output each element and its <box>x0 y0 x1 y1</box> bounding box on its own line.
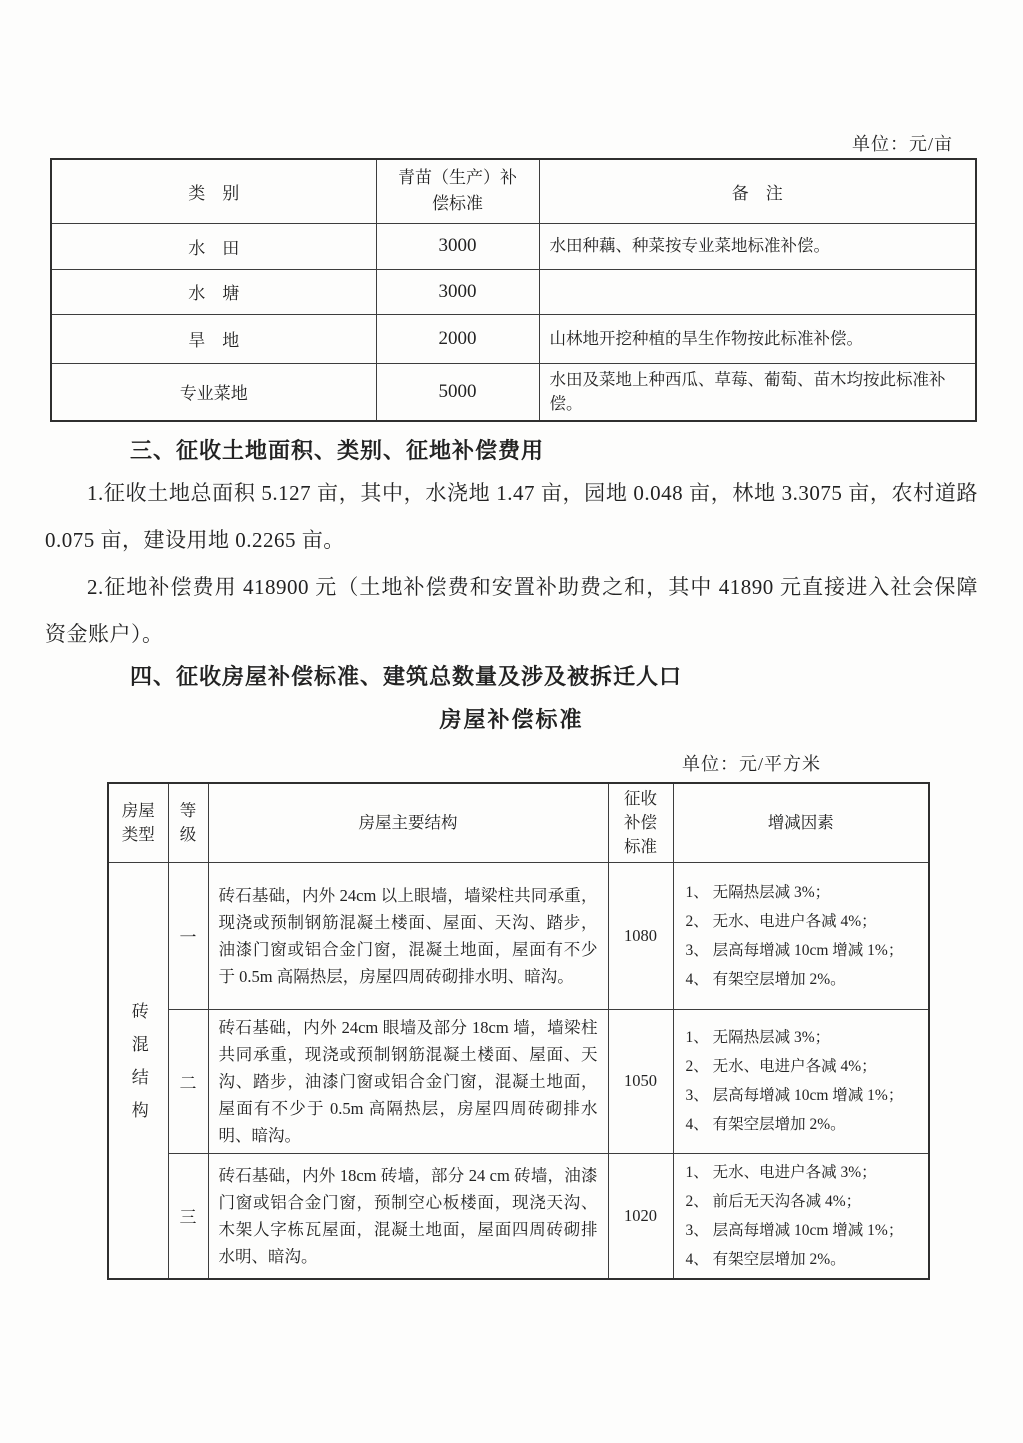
seedling-compensation-table: 类 别 青苗（生产）补偿标准 备 注 水 田 3000 水田种藕、种菜按专业菜地… <box>50 158 977 422</box>
grade-cell: 一 <box>168 862 208 1009</box>
structure-cell: 砖石基础，内外 18cm 砖墙，部分 24 cm 砖墙，油漆门窗或铝合金门窗，预… <box>208 1153 608 1279</box>
factor-line: 2、 无水、电进户各减 4%； <box>686 1052 925 1081</box>
structure-cell: 砖石基础，内外 24cm 眼墙及部分 18cm 墙，墙梁柱共同承重，现浇或预制钢… <box>208 1009 608 1153</box>
factors-cell: 1、 无隔热层减 3%； 2、 无水、电进户各减 4%； 3、 层高每增减 10… <box>673 862 929 1009</box>
factor-line: 2、 无水、电进户各减 4%； <box>686 907 925 936</box>
table2-header-structure: 房屋主要结构 <box>208 783 608 862</box>
house-type-cell: 砖混结构 <box>108 862 168 1279</box>
standard-cell: 1050 <box>608 1009 673 1153</box>
table2-header-type: 房屋类型 <box>108 783 168 862</box>
factor-line: 2、 前后无天沟各减 4%； <box>686 1187 925 1216</box>
document-page: 单位：元/亩 类 别 青苗（生产）补偿标准 备 注 水 田 3000 水田种藕、… <box>0 0 1023 1443</box>
standard-cell: 3000 <box>376 223 539 269</box>
table-header-row: 类 别 青苗（生产）补偿标准 备 注 <box>51 159 976 223</box>
table2-header-standard: 征收补偿标准 <box>608 783 673 862</box>
table-row: 专业菜地 5000 水田及菜地上种西瓜、草莓、葡萄、苗木均按此标准补偿。 <box>51 363 976 421</box>
grade-cell: 三 <box>168 1153 208 1279</box>
remark-cell: 水田及菜地上种西瓜、草莓、葡萄、苗木均按此标准补偿。 <box>539 363 976 421</box>
house-type-vertical-text: 砖混结构 <box>126 1002 151 1134</box>
table-row: 砖混结构 一 砖石基础，内外 24cm 以上眼墙，墙梁柱共同承重，现浇或预制钢筋… <box>108 862 929 1009</box>
standard-cell: 1080 <box>608 862 673 1009</box>
table-row: 旱 地 2000 山林地开挖种植的旱生作物按此标准补偿。 <box>51 314 976 363</box>
standard-cell: 1020 <box>608 1153 673 1279</box>
factor-line: 1、 无水、电进户各减 3%； <box>686 1158 925 1187</box>
standard-cell: 5000 <box>376 363 539 421</box>
category-cell: 旱 地 <box>51 314 376 363</box>
category-cell: 水 塘 <box>51 269 376 314</box>
grade-cell: 二 <box>168 1009 208 1153</box>
section3-heading: 三、征收土地面积、类别、征地补偿费用 <box>130 434 544 465</box>
remark-cell: 山林地开挖种植的旱生作物按此标准补偿。 <box>539 314 976 363</box>
table2-header-factors: 增减因素 <box>673 783 929 862</box>
factor-line: 1、 无隔热层减 3%； <box>686 878 925 907</box>
remark-cell: 水田种藕、种菜按专业菜地标准补偿。 <box>539 223 976 269</box>
factor-line: 3、 层高每增减 10cm 增减 1%； <box>686 1216 925 1245</box>
standard-cell: 2000 <box>376 314 539 363</box>
factors-cell: 1、 无水、电进户各减 3%； 2、 前后无天沟各减 4%； 3、 层高每增减 … <box>673 1153 929 1279</box>
factors-cell: 1、 无隔热层减 3%； 2、 无水、电进户各减 4%； 3、 层高每增减 10… <box>673 1009 929 1153</box>
table-header-row: 房屋类型 等级 房屋主要结构 征收补偿标准 增减因素 <box>108 783 929 862</box>
table1-header-category: 类 别 <box>51 159 376 223</box>
category-cell: 水 田 <box>51 223 376 269</box>
category-cell: 专业菜地 <box>51 363 376 421</box>
compensation-fee-paragraph: 2.征地补偿费用 418900 元（土地补偿费和安置补助费之和，其中 41890… <box>45 564 978 658</box>
factor-line: 4、 有架空层增加 2%。 <box>686 1110 925 1139</box>
house-compensation-table-title: 房屋补偿标准 <box>0 703 1023 734</box>
standard-cell: 3000 <box>376 269 539 314</box>
remark-cell <box>539 269 976 314</box>
section4-heading: 四、征收房屋补偿标准、建筑总数量及涉及被拆迁人口 <box>130 660 682 691</box>
table2-unit-label: 单位：元/平方米 <box>682 750 821 776</box>
table-row: 二 砖石基础，内外 24cm 眼墙及部分 18cm 墙，墙梁柱共同承重，现浇或预… <box>108 1009 929 1153</box>
table1-header-remark: 备 注 <box>539 159 976 223</box>
table-row: 三 砖石基础，内外 18cm 砖墙，部分 24 cm 砖墙，油漆门窗或铝合金门窗… <box>108 1153 929 1279</box>
table2-header-grade: 等级 <box>168 783 208 862</box>
table1-unit-label: 单位：元/亩 <box>852 130 953 156</box>
table1-header-standard: 青苗（生产）补偿标准 <box>376 159 539 223</box>
factor-line: 4、 有架空层增加 2%。 <box>686 1245 925 1274</box>
structure-cell: 砖石基础，内外 24cm 以上眼墙，墙梁柱共同承重，现浇或预制钢筋混凝土楼面、屋… <box>208 862 608 1009</box>
factor-line: 1、 无隔热层减 3%； <box>686 1023 925 1052</box>
table-row: 水 田 3000 水田种藕、种菜按专业菜地标准补偿。 <box>51 223 976 269</box>
factor-line: 4、 有架空层增加 2%。 <box>686 965 925 994</box>
table-row: 水 塘 3000 <box>51 269 976 314</box>
factor-line: 3、 层高每增减 10cm 增减 1%； <box>686 1081 925 1110</box>
land-area-paragraph: 1.征收土地总面积 5.127 亩，其中，水浇地 1.47 亩，园地 0.048… <box>45 470 978 564</box>
factor-line: 3、 层高每增减 10cm 增减 1%； <box>686 936 925 965</box>
house-compensation-table: 房屋类型 等级 房屋主要结构 征收补偿标准 增减因素 砖混结构 一 砖石基础，内… <box>107 782 930 1280</box>
